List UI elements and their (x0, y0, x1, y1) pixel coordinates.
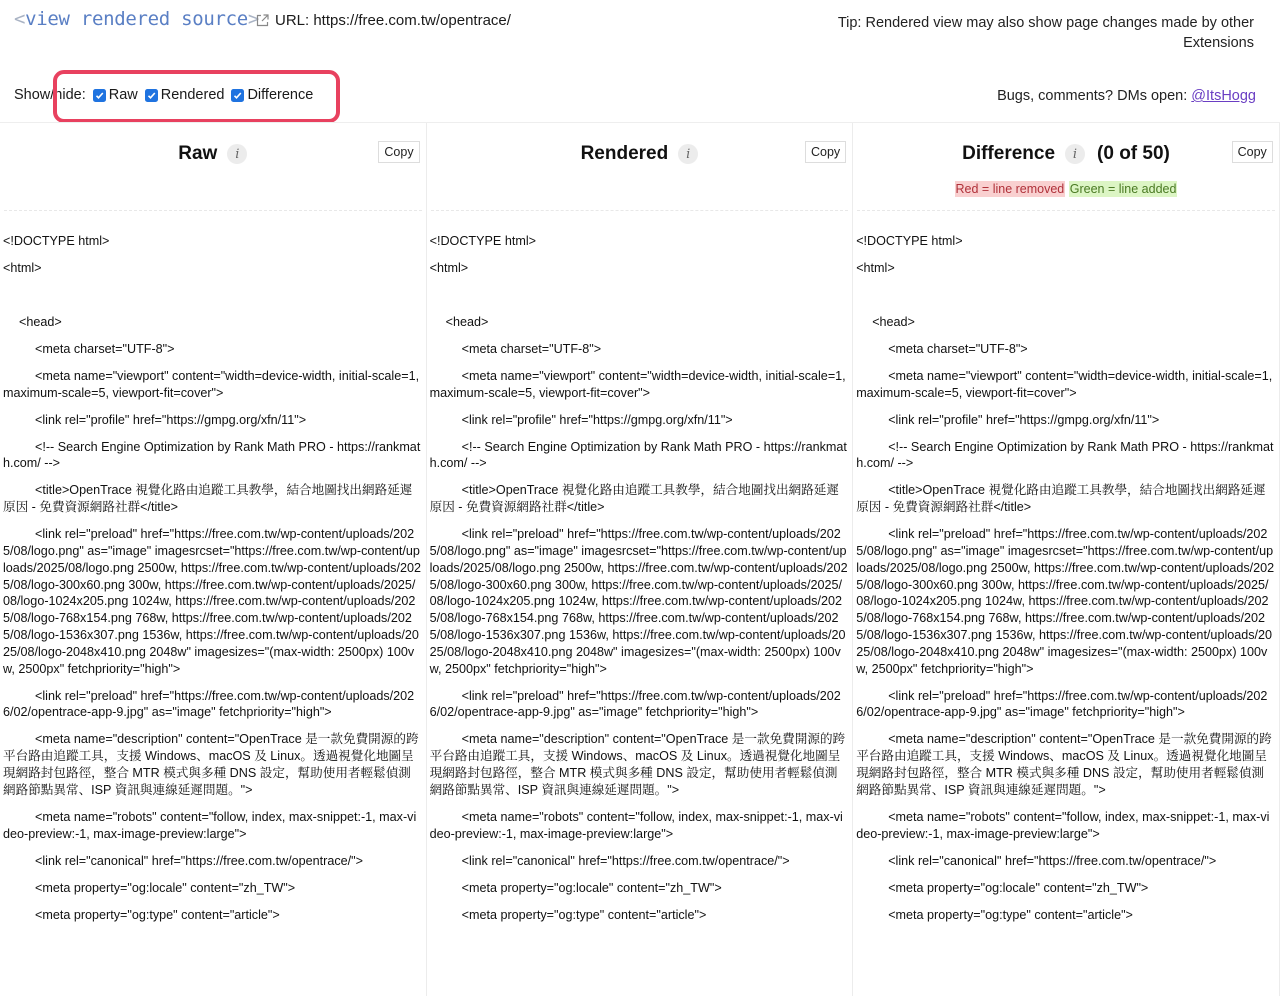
source-line: <meta charset="UTF-8"> (856, 341, 1275, 358)
checkbox-checked-icon[interactable] (93, 89, 106, 102)
source-line: <!DOCTYPE html> (3, 233, 422, 250)
source-line (856, 287, 1275, 304)
source-line: <link rel="preload" href="https://free.c… (3, 526, 422, 677)
toggle-raw-label: Raw (109, 87, 138, 103)
source-line: <link rel="profile" href="https://gmpg.o… (3, 412, 422, 429)
source-line: <meta property="og:type" content="articl… (856, 907, 1275, 924)
source-line: <html> (3, 260, 422, 277)
legend-added: Green = line added (1069, 181, 1178, 197)
show-hide-label: Show/hide: (14, 87, 86, 103)
source-code: <!DOCTYPE html><html><head><meta charset… (427, 211, 853, 923)
source-line: <meta name="viewport" content="width=dev… (856, 368, 1275, 402)
info-icon[interactable]: i (678, 144, 698, 164)
legend-removed: Red = line removed (955, 181, 1066, 197)
info-icon[interactable]: i (1065, 144, 1085, 164)
copy-button[interactable]: Copy (1232, 141, 1273, 163)
logo-text: view rendered source (25, 8, 248, 30)
source-line: <!-- Search Engine Optimization by Rank … (3, 439, 422, 473)
source-line (3, 287, 422, 304)
source-line: <meta name="viewport" content="width=dev… (430, 368, 849, 402)
url-text: URL: https://free.com.tw/opentrace/ (275, 12, 511, 29)
diff-count: (0 of 50) (1097, 143, 1170, 165)
source-line: <!DOCTYPE html> (430, 233, 849, 250)
column-header: Rawi Copy (4, 123, 422, 211)
source-line: <meta name="description" content="OpenTr… (856, 731, 1275, 798)
source-line: <title>OpenTrace 視覺化路由追蹤工具教學，結合地圖找出網路延遲原… (3, 482, 422, 516)
source-line: <title>OpenTrace 視覺化路由追蹤工具教學，結合地圖找出網路延遲原… (430, 482, 849, 516)
source-line: <head> (3, 314, 422, 331)
source-line: <html> (430, 260, 849, 277)
logo-bracket-open: < (14, 8, 25, 30)
column-title: Difference (962, 143, 1055, 165)
copy-button[interactable]: Copy (805, 141, 846, 163)
toggle-difference[interactable]: Difference (231, 87, 313, 103)
twitter-link[interactable]: @ItsHogg (1191, 88, 1256, 104)
source-code: <!DOCTYPE html><html><head><meta charset… (853, 211, 1279, 923)
source-line: <meta name="viewport" content="width=dev… (3, 368, 422, 402)
app-logo[interactable]: <view rendered source> (14, 8, 259, 30)
source-line: <meta charset="UTF-8"> (430, 341, 849, 358)
source-code: <!DOCTYPE html><html><head><meta charset… (0, 211, 426, 923)
tip-text: Tip: Rendered view may also show page ch… (814, 13, 1254, 53)
source-line: <html> (856, 260, 1275, 277)
checkbox-checked-icon[interactable] (145, 89, 158, 102)
source-line: <link rel="preload" href="https://free.c… (856, 526, 1275, 677)
diff-legend: Red = line removed Green = line added (857, 182, 1275, 196)
toggle-rendered-label: Rendered (161, 87, 225, 103)
column-header: Differencei(0 of 50) Copy Red = line rem… (857, 123, 1275, 211)
page-url[interactable]: URL: https://free.com.tw/opentrace/ (256, 12, 511, 29)
source-line: <link rel="canonical" href="https://free… (856, 853, 1275, 870)
column-title: Rendered (581, 143, 669, 165)
source-line: <title>OpenTrace 視覺化路由追蹤工具教學，結合地圖找出網路延遲原… (856, 482, 1275, 516)
column-title: Raw (178, 143, 217, 165)
source-line: <link rel="profile" href="https://gmpg.o… (856, 412, 1275, 429)
external-link-icon[interactable] (256, 14, 269, 27)
copy-button[interactable]: Copy (378, 141, 419, 163)
source-line: <meta property="og:locale" content="zh_T… (3, 880, 422, 897)
source-line: <link rel="preload" href="https://free.c… (430, 526, 849, 677)
info-icon[interactable]: i (227, 144, 247, 164)
source-line: <!DOCTYPE html> (856, 233, 1275, 250)
toggle-difference-label: Difference (247, 87, 313, 103)
source-line: <meta property="og:locale" content="zh_T… (430, 880, 849, 897)
source-line: <link rel="preload" href="https://free.c… (430, 688, 849, 722)
source-line: <link rel="preload" href="https://free.c… (856, 688, 1275, 722)
bugs-contact: Bugs, comments? DMs open: @ItsHogg (997, 88, 1256, 104)
checkbox-checked-icon[interactable] (231, 89, 244, 102)
show-hide-controls: Show/hide: Raw Rendered Difference (14, 87, 313, 103)
source-line: <meta property="og:locale" content="zh_T… (856, 880, 1275, 897)
source-line: <meta property="og:type" content="articl… (3, 907, 422, 924)
source-line: <meta name="robots" content="follow, ind… (3, 809, 422, 843)
source-line: <meta charset="UTF-8"> (3, 341, 422, 358)
source-line: <meta name="description" content="OpenTr… (3, 731, 422, 798)
source-line: <meta property="og:type" content="articl… (430, 907, 849, 924)
toggle-raw[interactable]: Raw (93, 87, 138, 103)
source-line: <meta name="description" content="OpenTr… (430, 731, 849, 798)
top-bar: <view rendered source> URL: https://free… (0, 0, 1280, 122)
source-line: <head> (430, 314, 849, 331)
source-line: <meta name="robots" content="follow, ind… (856, 809, 1275, 843)
column-difference: Differencei(0 of 50) Copy Red = line rem… (853, 123, 1280, 996)
column-header: Renderedi Copy (431, 123, 849, 211)
source-columns: Rawi Copy <!DOCTYPE html><html><head><me… (0, 122, 1280, 996)
source-line: <link rel="preload" href="https://free.c… (3, 688, 422, 722)
source-line: <!-- Search Engine Optimization by Rank … (430, 439, 849, 473)
source-line: <link rel="canonical" href="https://free… (3, 853, 422, 870)
bugs-text: Bugs, comments? DMs open: (997, 88, 1191, 104)
column-raw: Rawi Copy <!DOCTYPE html><html><head><me… (0, 123, 427, 996)
source-line: <head> (856, 314, 1275, 331)
source-line: <!-- Search Engine Optimization by Rank … (856, 439, 1275, 473)
source-line: <link rel="canonical" href="https://free… (430, 853, 849, 870)
source-line: <meta name="robots" content="follow, ind… (430, 809, 849, 843)
source-line (430, 287, 849, 304)
source-line: <link rel="profile" href="https://gmpg.o… (430, 412, 849, 429)
toggle-rendered[interactable]: Rendered (145, 87, 225, 103)
column-rendered: Renderedi Copy <!DOCTYPE html><html><hea… (427, 123, 854, 996)
